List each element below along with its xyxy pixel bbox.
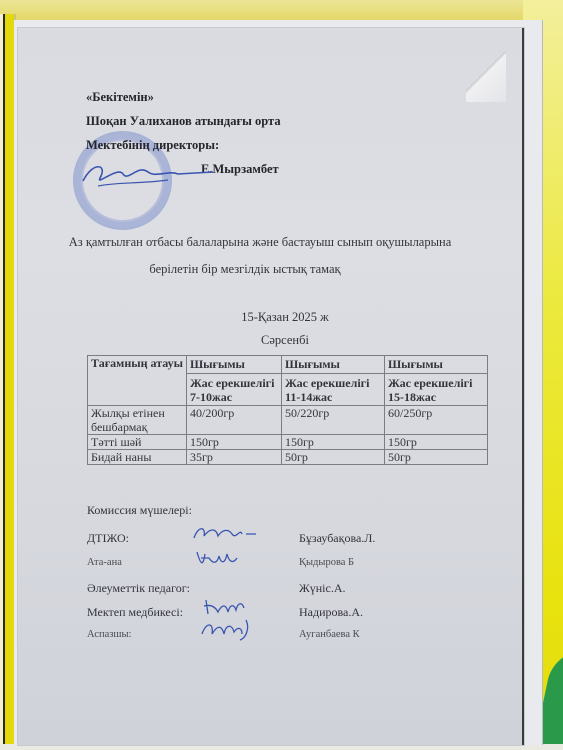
document-title-line2: берілетін бір мезгілдік ыстық тамақ <box>18 262 522 277</box>
dish-name: Тәтті шәй <box>88 435 187 450</box>
table-row: Бидай наны 35гр 50гр 50гр <box>88 450 488 465</box>
member-name: Надирова.А. <box>299 605 363 620</box>
age-label-text: Жас ерекшелігі <box>285 376 369 390</box>
signature-icon <box>193 546 243 570</box>
table-row: Тәтті шәй 150гр 150гр 150гр <box>88 435 488 450</box>
member-role: Аспазшы: <box>87 629 131 640</box>
portion-value: 150гр <box>282 435 385 450</box>
commission-heading: Комиссия мүшелері: <box>87 503 192 518</box>
notice-board-top <box>0 0 563 20</box>
dish-header: Тағамның атауы <box>91 356 183 370</box>
director-line: Мектебінің директоры: <box>86 133 281 157</box>
portion-value: 50гр <box>385 450 488 465</box>
document-weekday: Сәрсенбі <box>18 333 522 348</box>
age-label: Жас ерекшелігі7-10жас <box>190 374 278 405</box>
director-name: Е.Мырзамбет <box>86 157 281 181</box>
signature-icon <box>196 616 256 642</box>
age-range: 15-18жас <box>388 390 436 404</box>
member-role: Мектеп медбикесі: <box>87 605 183 620</box>
member-name: Жүніс.А. <box>299 581 346 596</box>
folded-corner <box>466 42 506 102</box>
document-page: «Бекітемін» Шоқан Уалиханов атындағы орт… <box>18 28 524 745</box>
member-role: Әлеуметтік педагог: <box>87 581 190 596</box>
output-header-cell: Шығымы Жас ерекшелігі15-18жас <box>385 356 488 406</box>
age-label: Жас ерекшелігі15-18жас <box>388 374 484 405</box>
portion-value: 150гр <box>187 435 282 450</box>
member-role: Ата-ана <box>87 557 122 568</box>
member-name: Қыдырова Б <box>299 557 354 568</box>
member-name: Бұзаубақова.Л. <box>299 531 375 546</box>
portion-value: 60/250гр <box>385 406 488 435</box>
dish-name: Бидай наны <box>88 450 187 465</box>
member-name: Ауганбаева К <box>299 629 360 640</box>
age-label-text: Жас ерекшелігі <box>388 376 472 390</box>
age-label: Жас ерекшелігі11-14жас <box>285 374 381 405</box>
age-label-text: Жас ерекшелігі <box>190 376 274 390</box>
age-range: 7-10жас <box>190 390 232 404</box>
output-label: Шығымы <box>282 356 384 374</box>
document-date: 15-Қазан 2025 ж <box>18 310 522 325</box>
table-row: Жылқы етінен бешбармақ 40/200гр 50/220гр… <box>88 406 488 435</box>
signature-icon <box>200 594 250 618</box>
portion-value: 150гр <box>385 435 488 450</box>
portion-value: 50/220гр <box>282 406 385 435</box>
dish-name: Жылқы етінен бешбармақ <box>88 406 187 435</box>
school-line: Шоқан Уалиханов атындағы орта <box>86 109 281 133</box>
approval-block: «Бекітемін» Шоқан Уалиханов атындағы орт… <box>86 85 281 181</box>
portion-value: 40/200гр <box>187 406 282 435</box>
member-role: ДТІЖО: <box>87 531 129 546</box>
table-header-row: Тағамның атауы Шығымы Жас ерекшелігі7-10… <box>88 356 488 406</box>
age-range: 11-14жас <box>285 390 332 404</box>
signature-icon <box>190 522 260 546</box>
output-header-cell: Шығымы Жас ерекшелігі7-10жас <box>187 356 282 406</box>
output-header-cell: Шығымы Жас ерекшелігі11-14жас <box>282 356 385 406</box>
menu-table: Тағамның атауы Шығымы Жас ерекшелігі7-10… <box>87 355 488 465</box>
portion-value: 50гр <box>282 450 385 465</box>
approved-label: «Бекітемін» <box>86 85 281 109</box>
output-label: Шығымы <box>187 356 281 374</box>
dish-header-cell: Тағамның атауы <box>88 356 187 406</box>
document-title-line1: Аз қамтылған отбасы балаларына және баст… <box>18 235 522 250</box>
output-label: Шығымы <box>385 356 487 374</box>
portion-value: 35гр <box>187 450 282 465</box>
